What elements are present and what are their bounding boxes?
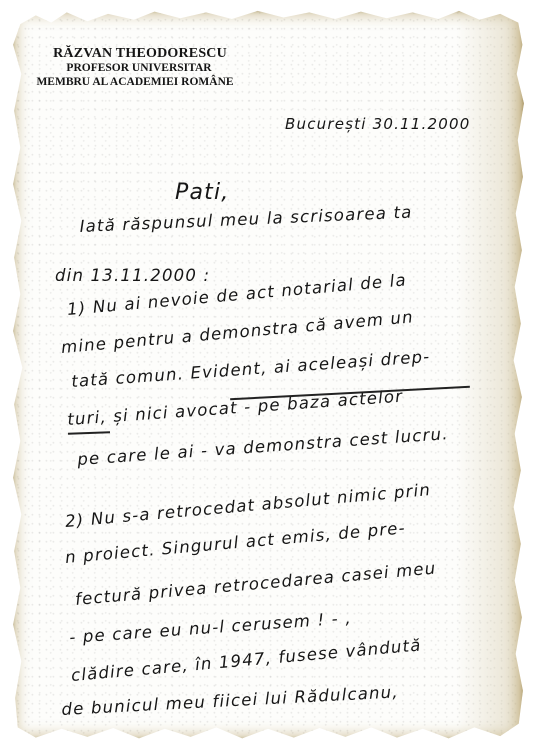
place-date: București 30.11.2000 <box>285 115 470 133</box>
letterhead-name: RĂZVAN THEODORESCU <box>0 47 270 61</box>
letter-line: din 13.11.2000 : <box>55 266 210 285</box>
letterhead: RĂZVAN THEODORESCU PROFESOR UNIVERSITAR … <box>0 47 270 89</box>
letterhead-affiliation: MEMBRU AL ACADEMIEI ROMÂNE <box>0 75 270 89</box>
salutation: Pati, <box>175 180 229 205</box>
letterhead-title: PROFESOR UNIVERSITAR <box>0 61 270 75</box>
